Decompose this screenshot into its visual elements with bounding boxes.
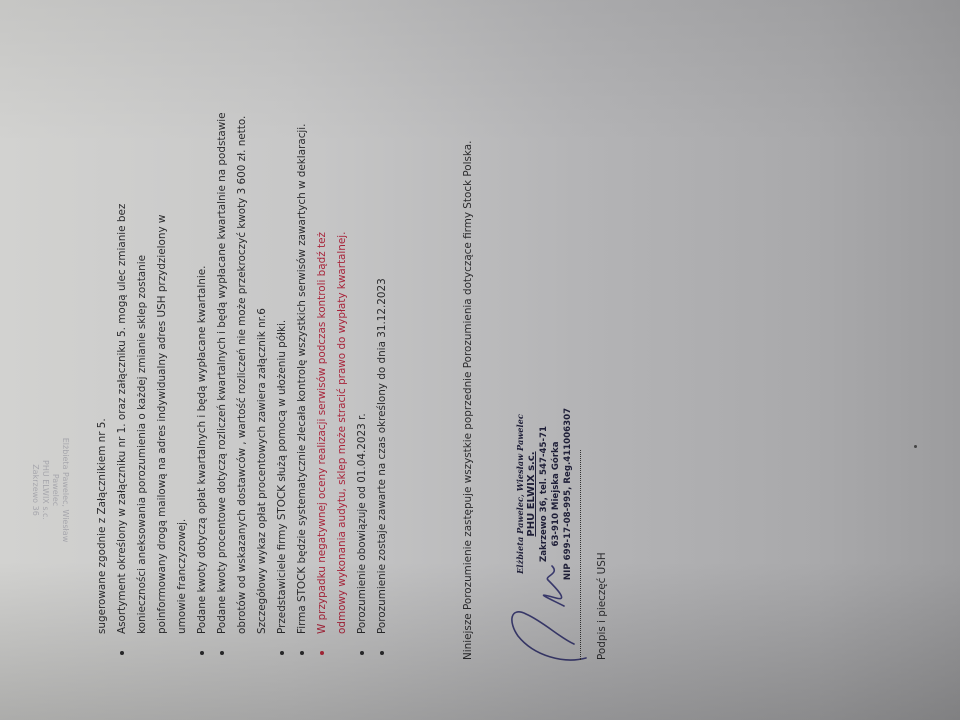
faint-stamp-line: Elżbieta Pawelec, Wiesław Pawelec [50, 430, 70, 550]
list-item-text: poinformowany drogą mailową na adres ind… [156, 215, 168, 634]
list-item-continuation: konieczności aneksowania porozumienia o … [132, 40, 152, 660]
stamp-ids: NIP 699-17-08-995, Reg.411006307 [562, 394, 574, 594]
list-item-text: W przypadku negatywnej oceny realizacji … [316, 232, 328, 634]
stamp-address: Zakrzewo 36, tel. 547-45-71 [538, 394, 550, 594]
list-item-text: Porozumienie zostaje zawarte na czas okr… [376, 278, 388, 634]
list-item-text: konieczności aneksowania porozumienia o … [136, 255, 148, 634]
bullet-icon [360, 651, 364, 655]
document-page: Elżbieta Pawelec, Wiesław Pawelec PHU EL… [0, 0, 960, 720]
signature-label: Podpis i pieczęć USH [592, 552, 612, 660]
list-item-text: Porozumienie obowiązuje od 01.04.2023 r. [356, 413, 368, 634]
list-item-text: umowie franczyzowej. [176, 519, 188, 634]
stamp-city: 63-910 Miejska Górka [550, 394, 562, 594]
list-item-text: Szczegółowy wykaz opłat procentowych zaw… [256, 308, 268, 634]
paper-speck [914, 445, 917, 448]
list-item-text: Asortyment określony w załączniku nr 1. … [116, 204, 128, 634]
bullet-icon [300, 651, 304, 655]
bullet-icon [200, 651, 204, 655]
list-item-text: Podane kwoty procentowe dotyczą rozlicze… [216, 112, 228, 634]
list-item: Firma STOCK będzie systematycznie zlecał… [292, 40, 312, 660]
list-item: Asortyment określony w załączniku nr 1. … [112, 40, 132, 660]
list-item-text: Podane kwoty dotyczą opłat kwartalnych i… [196, 266, 208, 634]
stamp-names: Elżbieta Pawelec, Wiesław Pawelec [514, 394, 526, 594]
signature-line [580, 450, 581, 660]
bullet-icon [380, 651, 384, 655]
list-item-text: obrotów od wskazanych dostawców , wartoś… [236, 116, 248, 634]
list-item: Podane kwoty procentowe dotyczą rozlicze… [212, 40, 232, 660]
list-item-continuation: poinformowany drogą mailową na adres ind… [152, 40, 172, 660]
list-item: W przypadku negatywnej oceny realizacji … [312, 40, 332, 660]
document-content: sugerowane zgodnie z Załącznikiem nr 5.A… [92, 40, 634, 660]
list-item-continuation: umowie franczyzowej. [172, 40, 192, 660]
list-item: Przedstawiciele firmy STOCK służą pomocą… [272, 40, 292, 660]
list-item-continuation: odmowy wykonania audytu, sklep może stra… [332, 40, 352, 660]
list-item-text: Firma STOCK będzie systematycznie zlecał… [296, 124, 308, 635]
list-item-continuation: obrotów od wskazanych dostawców , wartoś… [232, 40, 252, 660]
closing-statement: Niniejsze Porozumienie zastępuje wszystk… [458, 40, 478, 660]
bullet-icon [120, 651, 124, 655]
bullet-icon [280, 651, 284, 655]
company-stamp: Elżbieta Pawelec, Wiesław Pawelec PHU EL… [514, 394, 574, 594]
list-item-continuation: Szczegółowy wykaz opłat procentowych zaw… [252, 40, 272, 660]
list-item-text: Przedstawiciele firmy STOCK służą pomocą… [276, 320, 288, 634]
list-item: Podane kwoty dotyczą opłat kwartalnych i… [192, 40, 212, 660]
bullet-icon [220, 651, 224, 655]
list-item-continuation: sugerowane zgodnie z Załącznikiem nr 5. [92, 40, 112, 660]
signature-block: Elżbieta Pawelec, Wiesław Pawelec PHU EL… [514, 40, 634, 660]
list-item: Porozumienie obowiązuje od 01.04.2023 r. [352, 40, 372, 660]
faint-stamp-bleed-through: Elżbieta Pawelec, Wiesław Pawelec PHU EL… [30, 430, 70, 550]
faint-stamp-line: Zakrzewo 36 [30, 430, 40, 550]
list-item-text: odmowy wykonania audytu, sklep może stra… [336, 232, 348, 634]
bullet-icon [320, 651, 324, 655]
faint-stamp-line: PHU ELWIX s.c. [40, 430, 50, 550]
list-item: Porozumienie zostaje zawarte na czas okr… [372, 40, 392, 660]
stamp-company: PHU ELWIX s.c. [526, 394, 538, 594]
list-item-text: sugerowane zgodnie z Załącznikiem nr 5. [96, 418, 108, 634]
terms-list: sugerowane zgodnie z Załącznikiem nr 5.A… [92, 40, 392, 660]
